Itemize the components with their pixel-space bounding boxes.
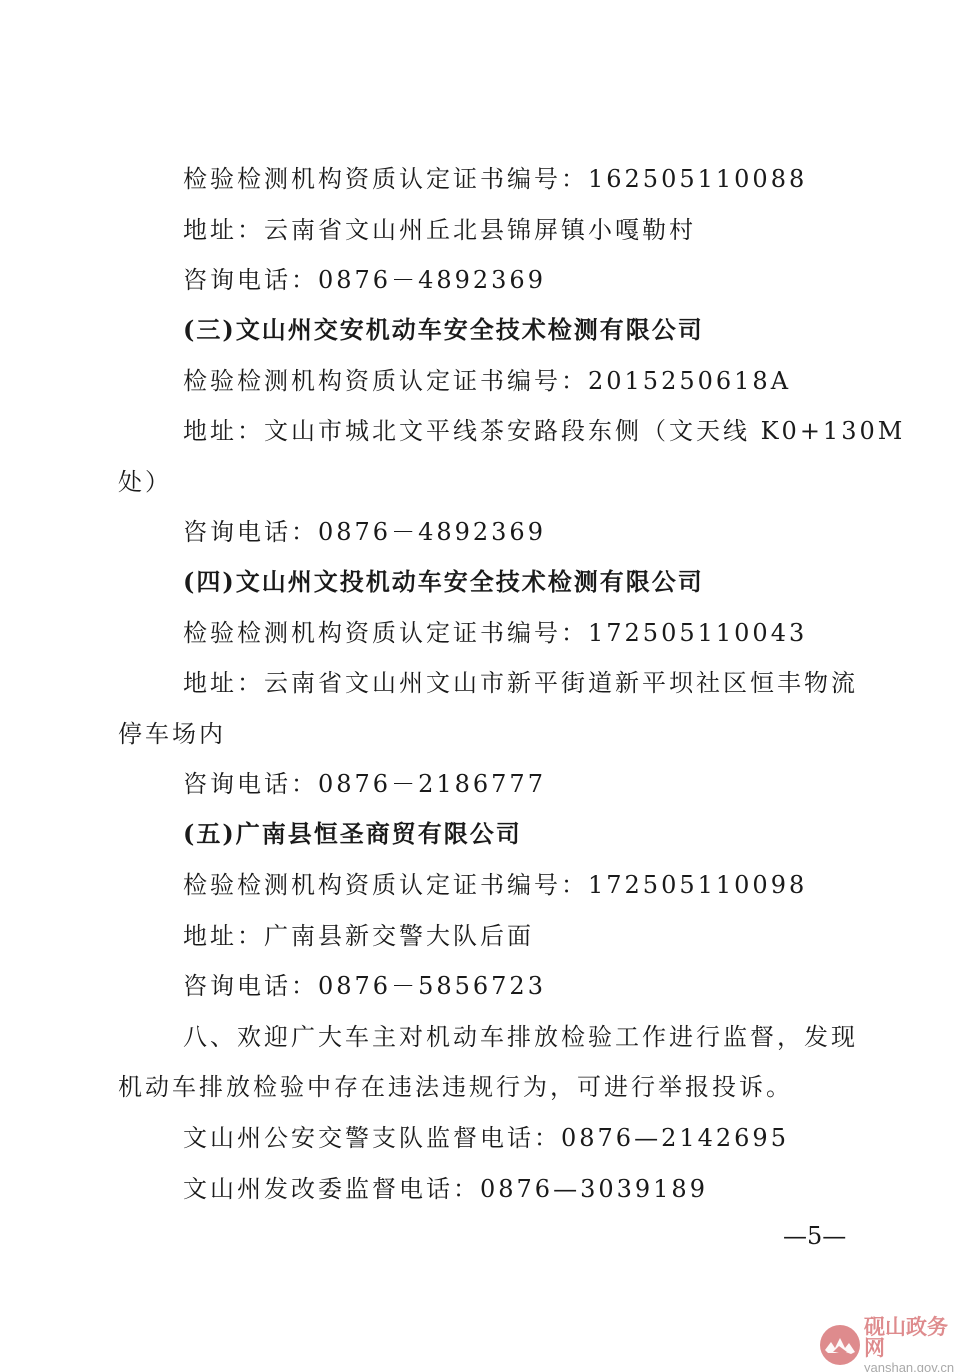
address-line: 地址：广南县新交警大队后面 — [183, 921, 534, 951]
address-line: 地址：云南省文山州文山市新平街道新平坝社区恒丰物流 — [183, 668, 858, 698]
section-8-paragraph: 八、欢迎广大车主对机动车排放检验工作进行监督，发现 — [183, 1022, 858, 1052]
document-page: 检验检测机构资质认定证书编号：162505110088 地址：云南省文山州丘北县… — [0, 0, 970, 1372]
phone-line: 咨询电话：0876－2186777 — [183, 769, 546, 799]
cert-number-line: 检验检测机构资质认定证书编号：172505110043 — [183, 618, 807, 648]
section-heading-5: (五)广南县恒圣商贸有限公司 — [183, 819, 522, 849]
address-line-continued: 处） — [118, 467, 172, 497]
phone-line: 咨询电话：0876－4892369 — [183, 265, 546, 295]
cert-number-line: 检验检测机构资质认定证书编号：162505110088 — [183, 164, 807, 194]
section-heading-4: (四)文山州文投机动车安全技术检测有限公司 — [183, 567, 704, 597]
watermark-url: yanshan.gov.cn — [864, 1361, 965, 1372]
section-heading-3: (三)文山州交安机动车安全技术检测有限公司 — [183, 315, 704, 345]
site-watermark: 砚山政务网 yanshan.gov.cn — [820, 1322, 965, 1368]
section-8-paragraph-continued: 机动车排放检验中存在违法违规行为，可进行举报投诉。 — [118, 1072, 793, 1102]
address-line: 地址：文山市城北文平线茶安路段东侧（文天线 K0+130M — [183, 416, 905, 446]
phone-line: 咨询电话：0876－4892369 — [183, 517, 546, 547]
watermark-title: 砚山政务网 — [864, 1317, 965, 1359]
cert-number-line: 检验检测机构资质认定证书编号：2015250618A — [183, 366, 791, 396]
cert-number-line: 检验检测机构资质认定证书编号：172505110098 — [183, 870, 807, 900]
address-line-continued: 停车场内 — [118, 719, 226, 749]
drc-phone-line: 文山州发改委监督电话：0876—3039189 — [183, 1174, 708, 1204]
phone-line: 咨询电话：0876－5856723 — [183, 971, 546, 1001]
page-number: —5— — [783, 1221, 846, 1251]
mountain-logo-icon — [820, 1325, 860, 1365]
address-line: 地址：云南省文山州丘北县锦屏镇小嘎勒村 — [183, 215, 696, 245]
traffic-police-phone-line: 文山州公安交警支队监督电话：0876—2142695 — [183, 1123, 789, 1153]
